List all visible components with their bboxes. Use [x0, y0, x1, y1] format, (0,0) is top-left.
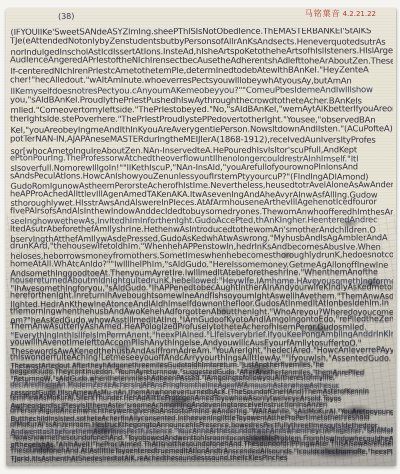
- cjk-signature: 马铭葉音: [305, 9, 341, 18]
- date-inscription: 4.2.21.22: [343, 10, 376, 18]
- handwriting-line: TJorld,ItIsAsthenthAtShedesIredtotAlK,re…: [10, 454, 393, 462]
- page-number-annotation: (38): [58, 12, 75, 22]
- red-signature-header: 马铭葉音4.2.21.22: [305, 9, 376, 19]
- artwork-paper: (38) 马铭葉音4.2.21.22 (IFYOUlIKe'SweetSANde…: [6, 8, 396, 466]
- handwritten-text-block: (IFYOUlIKe'SweetSANdeASYZlmIng.sheePThIS…: [10, 28, 393, 466]
